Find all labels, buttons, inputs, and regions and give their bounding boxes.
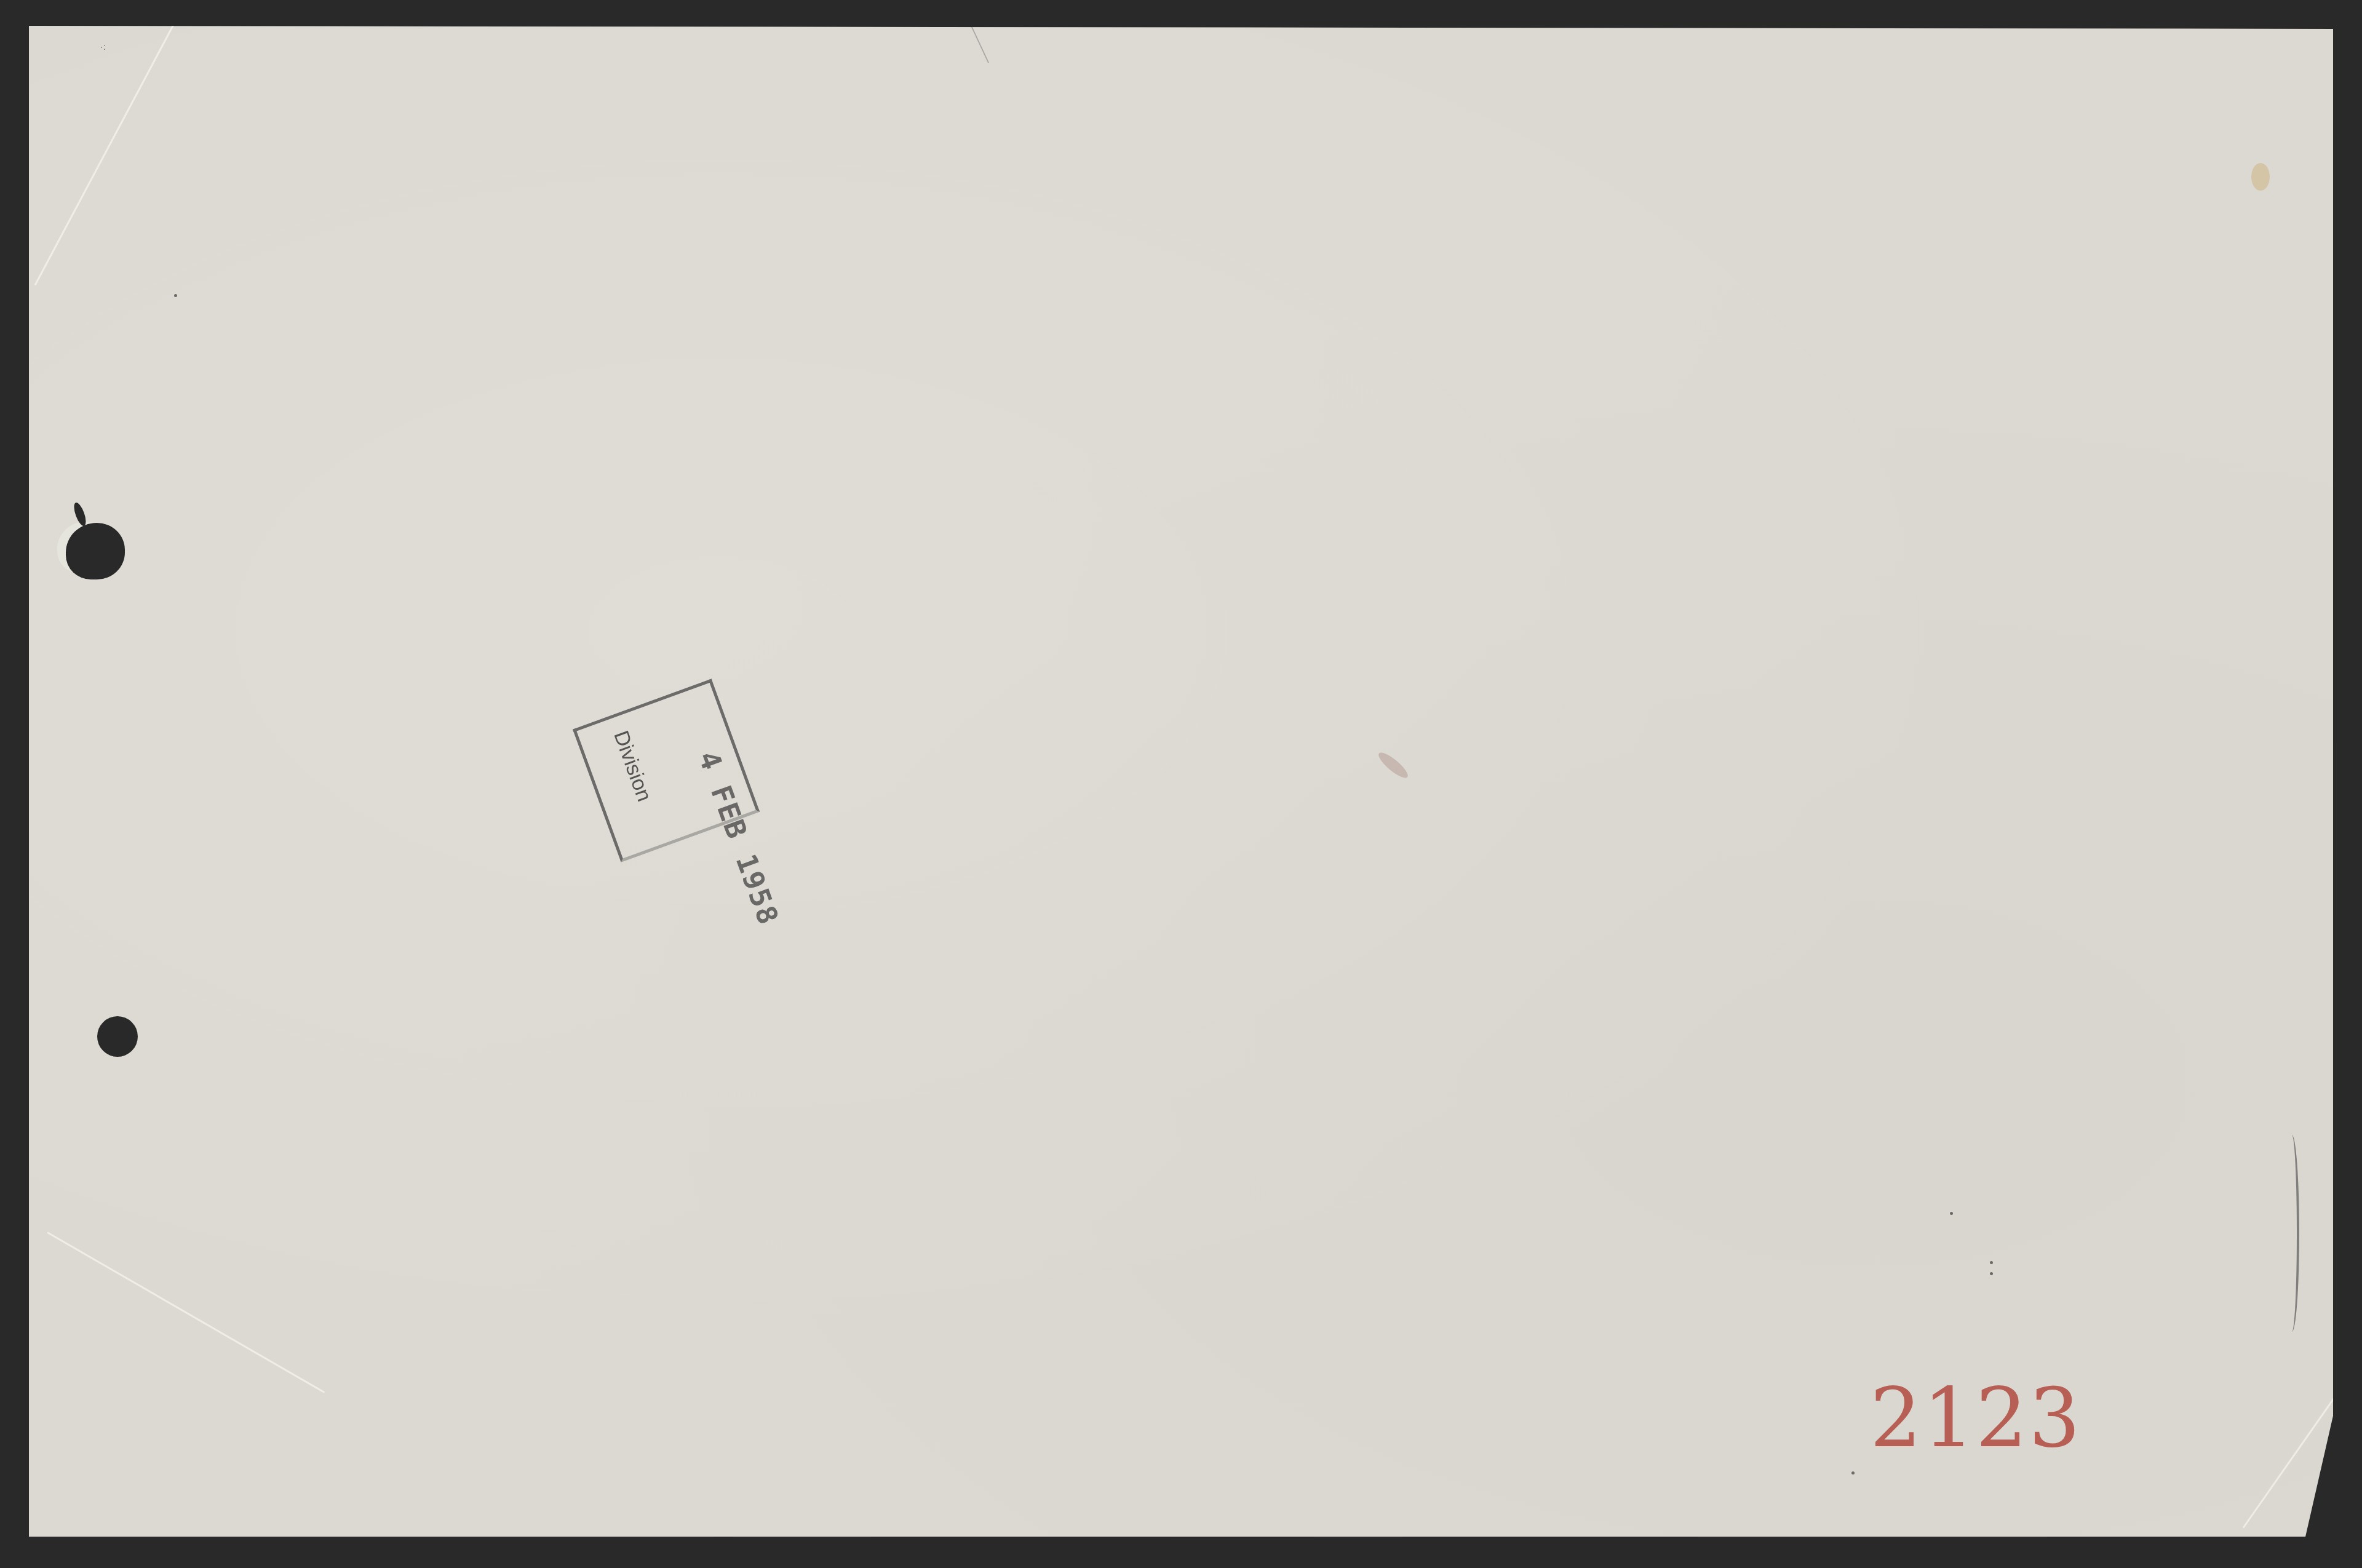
paper-crease: [47, 1232, 325, 1393]
paper-stain: [2251, 163, 2270, 191]
speck: [1990, 1272, 1993, 1275]
speck: [1990, 1261, 1993, 1264]
paper-crease: [34, 2, 186, 286]
paper-tear: [971, 26, 1014, 63]
speck: [1851, 1471, 1855, 1474]
paper-sheet: [29, 26, 2333, 1537]
speck: [1950, 1212, 1953, 1215]
punch-hole-torn: [66, 523, 125, 579]
speck: [174, 294, 177, 297]
punch-hole: [97, 1016, 138, 1057]
serial-number: 2123: [1870, 1378, 2082, 1459]
corner-pencil-mark: ·:: [100, 42, 106, 52]
paper-crease: [2243, 1396, 2336, 1529]
